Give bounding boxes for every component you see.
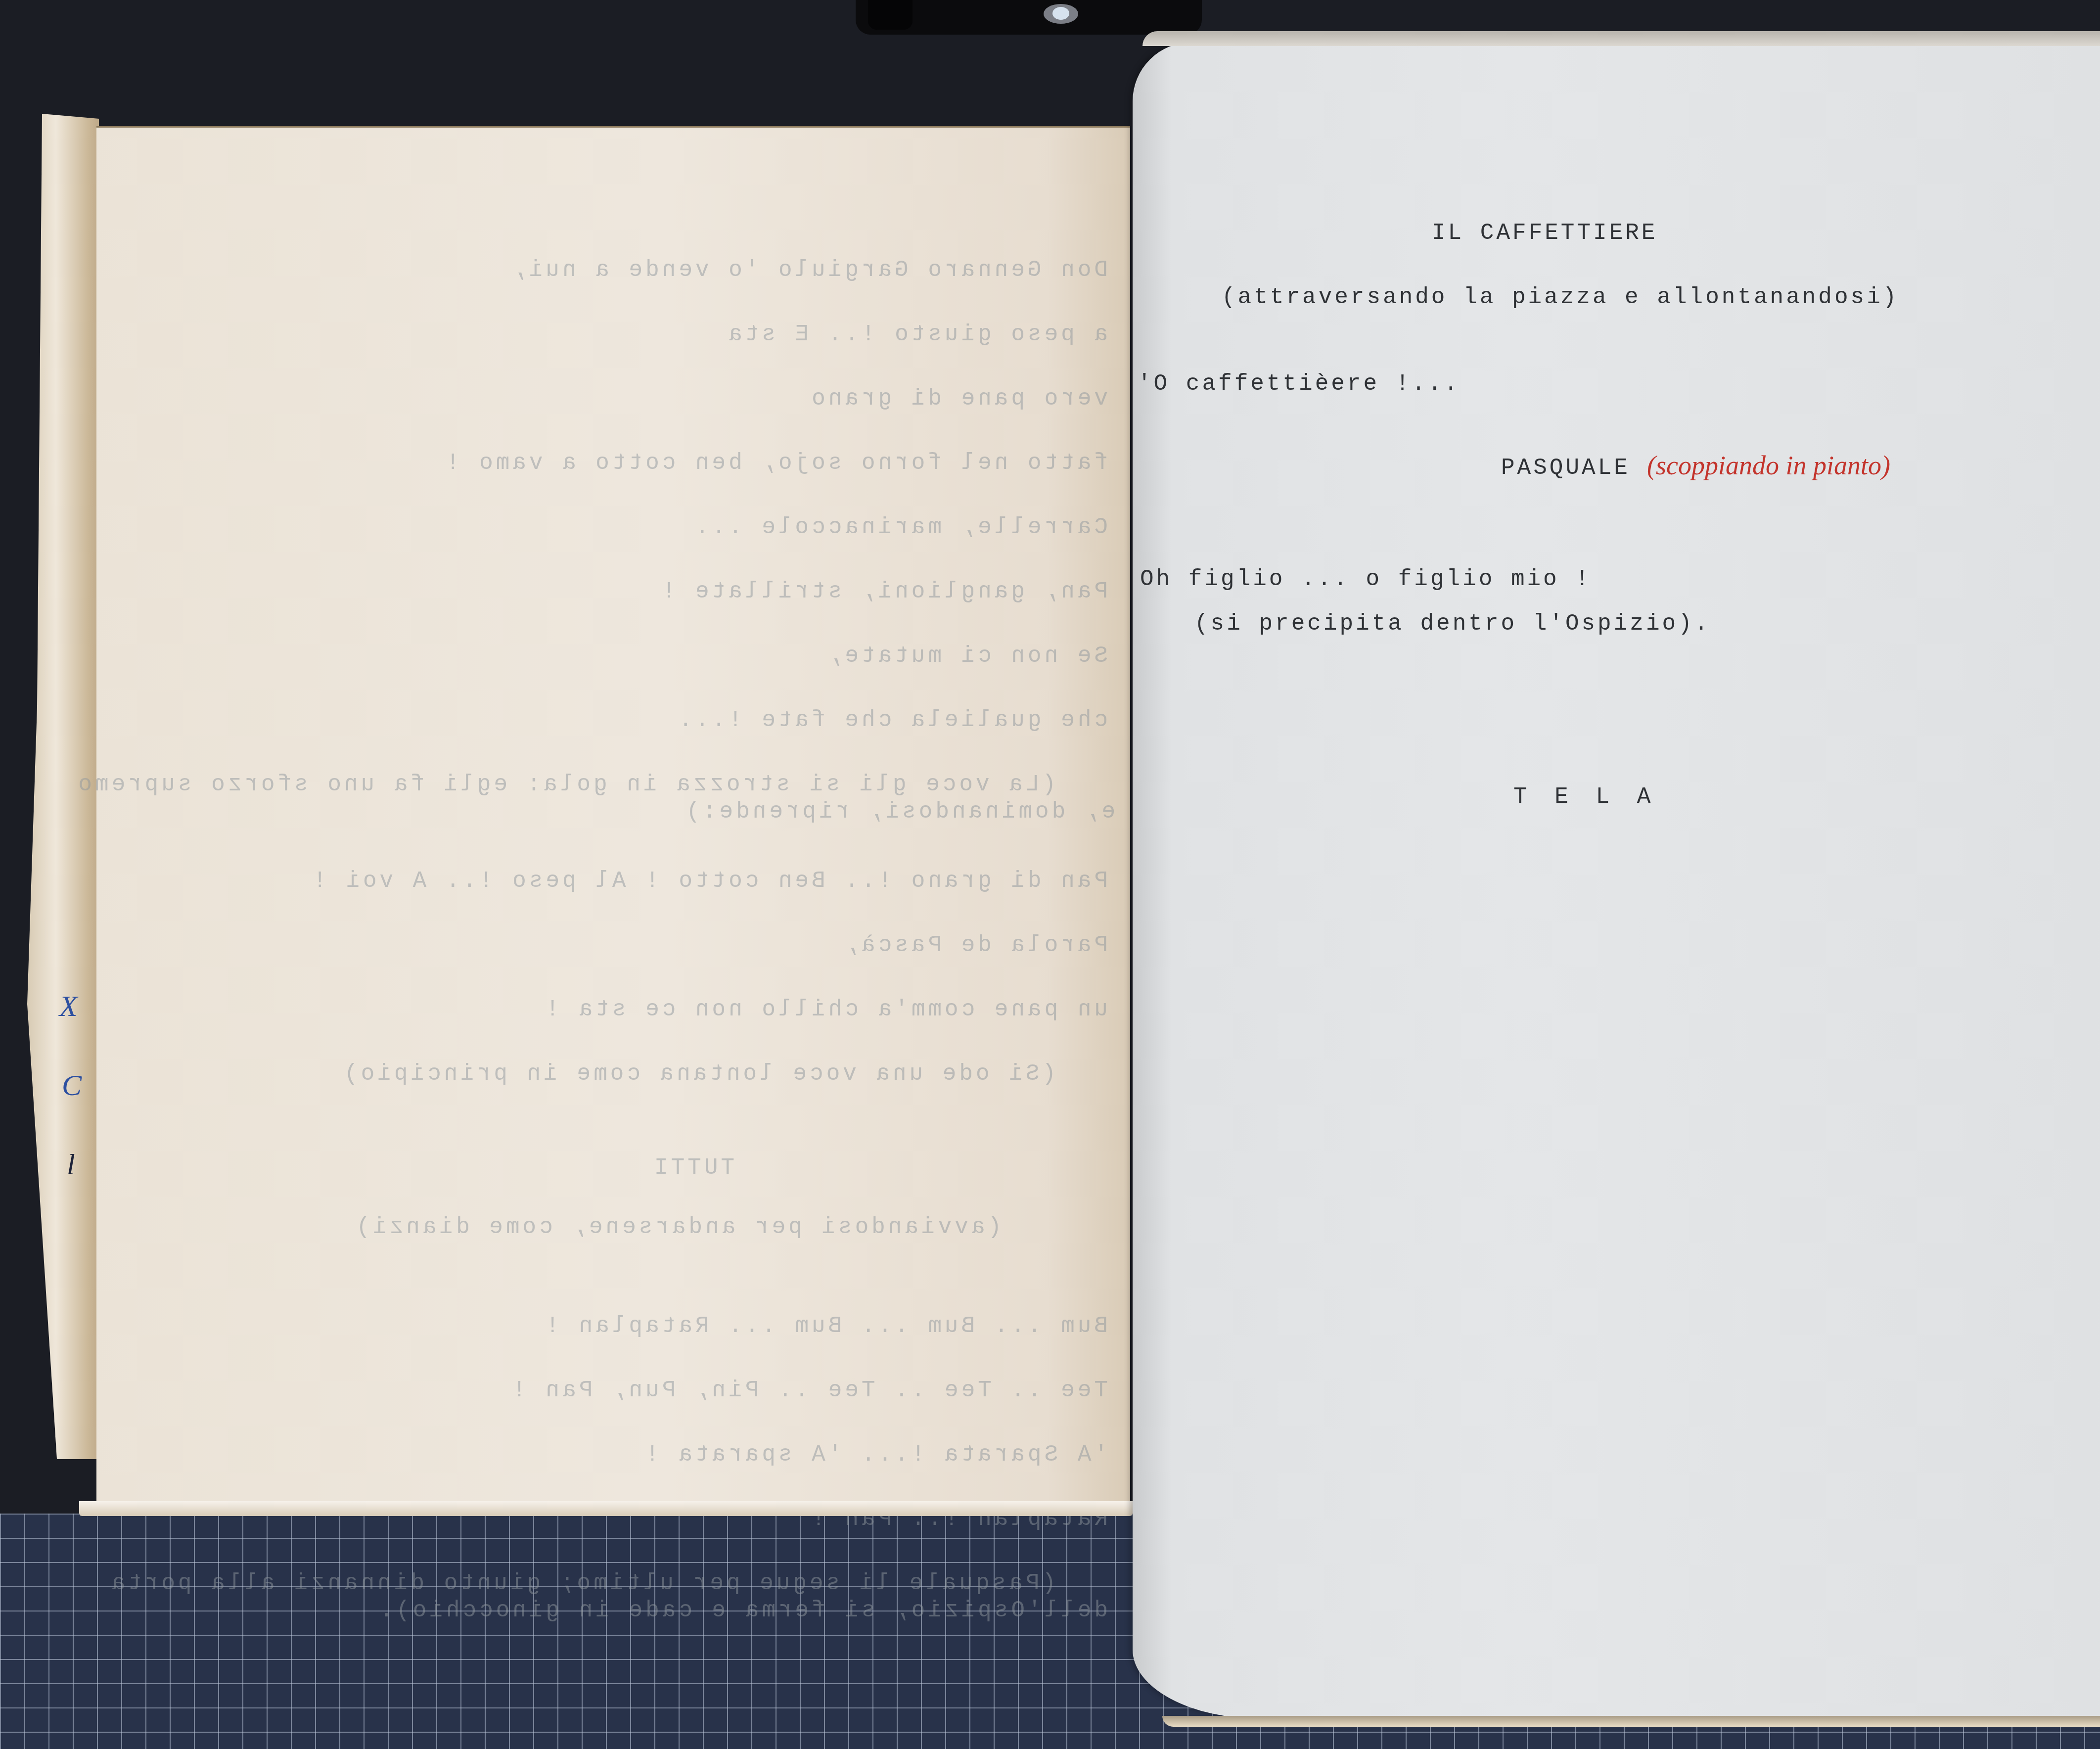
- ghost-line: (Si ode una voce lontana come in princip…: [341, 1061, 1056, 1087]
- ghost-line: (La voce gli si strozza in gola: egli fa…: [75, 772, 1056, 797]
- show-through-text: Don Gennaro Gargiulo 'o vende a nui, a p…: [96, 126, 1130, 1501]
- left-page: Don Gennaro Gargiulo 'o vende a nui, a p…: [96, 126, 1130, 1501]
- stage-direction: (attraversando la piazza e allontanandos…: [1222, 284, 1899, 310]
- clamp-bolt: [1044, 4, 1078, 24]
- ghost-line: (avviandosi per andarsene, come dianzi): [353, 1214, 1002, 1240]
- ghost-line: un pane comm'a chillo non ce sta !: [543, 997, 1108, 1022]
- ghost-line: Pan di grano !.. Ben cotto ! Al peso !..…: [310, 868, 1108, 894]
- blue-ink-mark: X: [59, 989, 78, 1023]
- ghost-line: Carrelle, marinaccole ...: [692, 514, 1108, 540]
- stage-direction: (si precipita dentro l'Ospizio).: [1194, 611, 1710, 637]
- right-page: IL CAFFETTIERE (attraversando la piazza …: [1133, 42, 2100, 1719]
- blue-ink-mark: l: [67, 1148, 75, 1182]
- ghost-line: Don Gennaro Gargiulo 'o vende a nui,: [509, 257, 1108, 283]
- left-page-bottom-edge: [79, 1501, 1133, 1516]
- ghost-line: fatto nel forno sojo, ben cotto a vamo !: [443, 450, 1108, 476]
- ghost-line: Se non ci mutate,: [825, 643, 1108, 669]
- ghost-line: (Pasquale li segue per ultimo; giunto di…: [109, 1570, 1056, 1596]
- ghost-line: che gualiela che fate !...: [676, 707, 1108, 733]
- ghost-line: vero pane di grano: [809, 386, 1108, 412]
- ghost-line: Tee .. Tee .. Tee .. Pin, Pun, Pan !: [509, 1378, 1108, 1403]
- clamp-knob: [868, 0, 913, 30]
- ghost-line: Pan, ganglioni, strillate !: [659, 579, 1108, 604]
- character-name-caffettiere: IL CAFFETTIERE: [1432, 220, 1657, 246]
- ghost-line: Bum ... Bum ... Bum ... Rataplan !: [543, 1313, 1108, 1339]
- ghost-line: 'A Sparata !... 'A sparata !: [642, 1442, 1108, 1468]
- ending-tela: T E L A: [1513, 784, 1657, 810]
- dialogue-line: Oh figlio ... o figlio mio !: [1140, 566, 1592, 592]
- dialogue-line: 'O caffettièere !...: [1138, 371, 1460, 397]
- ghost-line: a peso giusto !.. E sta: [726, 322, 1108, 347]
- ghost-line: Parola de Pascà,: [842, 932, 1108, 958]
- character-name-pasquale: PASQUALE: [1501, 455, 1630, 481]
- ghost-line: TUTTI: [651, 1155, 734, 1181]
- ghost-line: e, dominandosi, riprende:): [683, 799, 1115, 825]
- handwritten-annotation: (scoppiando in pianto): [1647, 450, 1890, 481]
- ghost-line: dell'Ospizio, si ferma e cade in ginocch…: [376, 1598, 1108, 1623]
- blue-ink-mark: C: [62, 1068, 82, 1103]
